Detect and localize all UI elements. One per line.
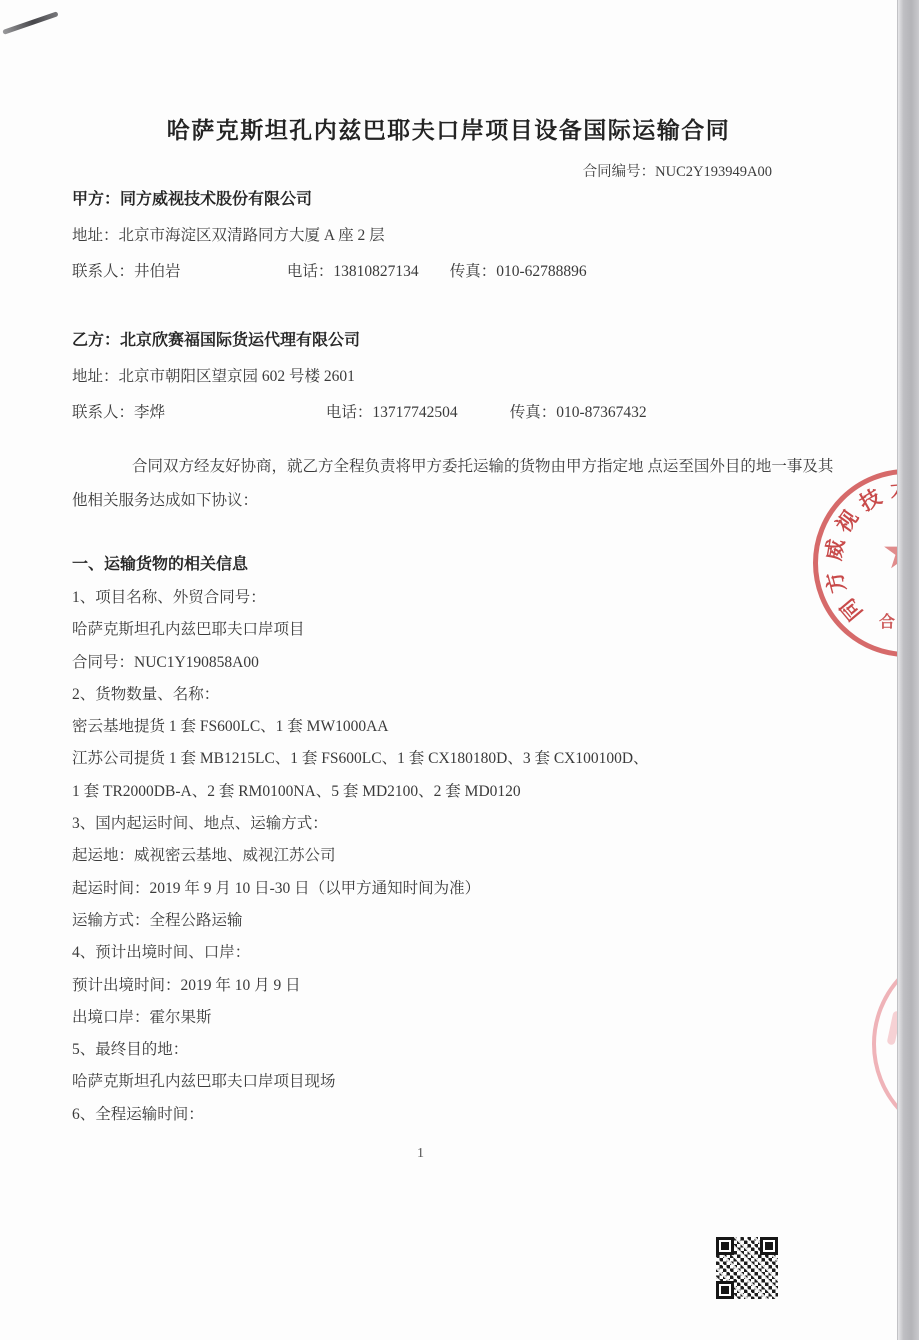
party-b-contact-row: 联系人：李烨 电话：13717742504 传真：010-87367432 [72,395,647,431]
party-b-name: 乙方：北京欣赛福国际货运代理有限公司 [72,323,647,359]
party-b-phone: 电话：13717742504 [326,395,506,431]
party-a-name: 甲方：同方威视技术股份有限公司 [72,182,587,218]
document-title: 哈萨克斯坦孔内兹巴耶夫口岸项目设备国际运输合同 [0,112,897,145]
body-line: 6、全程运输时间： [72,1099,649,1131]
seal-arc-char: 术 [889,479,897,503]
body-line: 3、国内起运时间、地点、运输方式： [72,808,649,840]
party-a-block: 甲方：同方威视技术股份有限公司 地址：北京市海淀区双清路同方大厦 A 座 2 层… [72,182,587,290]
body-line: 1 套 TR2000DB-A、2 套 RM0100NA、5 套 MD2100、2… [72,776,649,808]
seal-bottom-char: 合 [879,609,895,632]
qr-finder [760,1237,778,1255]
body-line: 出境口岸：霍尔果斯 [72,1002,649,1034]
intro-line-1: 合同双方经友好协商，就乙方全程负责将甲方委托运输的货物由甲方指定地 [132,458,644,475]
body-line: 运输方式：全程公路运输 [72,905,649,937]
contract-number: 合同编号：NUC2Y193949A00 [583,160,772,181]
party-b-address: 地址：北京市朝阳区望京园 602 号楼 2601 [72,359,647,395]
body-line: 2、货物数量、名称： [72,679,649,711]
qr-finder [716,1237,734,1255]
body-line: 哈萨克斯坦孔内兹巴耶夫口岸项目 [72,614,649,646]
seal-star-icon: ★ [881,529,897,577]
party-b-contact: 联系人：李烨 [72,395,322,431]
partial-seal-stamp [872,945,897,1143]
qr-finder [716,1281,734,1299]
party-a-address: 地址：北京市海淀区双清路同方大厦 A 座 2 层 [72,218,587,254]
intro-paragraph: 合同双方经友好协商，就乙方全程负责将甲方委托运输的货物由甲方指定地 点运至国外目… [72,450,842,517]
party-b-fax: 传真：010-87367432 [510,404,647,421]
page-number: 1 [417,1146,424,1162]
body-line: 江苏公司提货 1 套 MB1215LC、1 套 FS600LC、1 套 CX18… [72,743,649,775]
body-line: 密云基地提货 1 套 FS600LC、1 套 MW1000AA [72,711,649,743]
body-line: 5、最终目的地： [72,1034,649,1066]
party-a-contact: 联系人：井伯岩 [72,254,283,290]
party-a-phone: 电话：13810827134 [287,254,446,290]
party-b-block: 乙方：北京欣赛福国际货运代理有限公司 地址：北京市朝阳区望京园 602 号楼 2… [72,323,647,431]
body-line: 合同号：NUC1Y190858A00 [72,647,649,679]
section-1-heading: 一、运输货物的相关信息 [72,551,248,574]
seal-arc-char: 威 [823,537,848,562]
body-line: 起运地：威视密云基地、威视江苏公司 [72,840,649,872]
body-line: 4、预计出境时间、口岸： [72,937,649,969]
scan-edge-shadow [897,0,919,1340]
body-line: 哈萨克斯坦孔内兹巴耶夫口岸项目现场 [72,1066,649,1098]
seal-smudge [887,1011,897,1046]
qr-code-icon [716,1237,778,1299]
company-seal-stamp: 同 方 威 视 技 术 ★ 合 [813,469,897,657]
pen-stroke-mark-icon [2,11,58,35]
party-a-contact-row: 联系人：井伯岩 电话：13810827134 传真：010-62788896 [72,254,587,290]
body-line: 起运时间：2019 年 9 月 10 日-30 日（以甲方通知时间为准） [72,873,649,905]
body-line: 预计出境时间：2019 年 10 月 9 日 [72,970,649,1002]
scanned-page: 哈萨克斯坦孔内兹巴耶夫口岸项目设备国际运输合同 合同编号：NUC2Y193949… [0,0,897,1340]
party-a-fax: 传真：010-62788896 [450,263,587,280]
body-line: 1、项目名称、外贸合同号： [72,582,649,614]
section-1-body: 1、项目名称、外贸合同号： 哈萨克斯坦孔内兹巴耶夫口岸项目 合同号：NUC1Y1… [72,582,649,1131]
